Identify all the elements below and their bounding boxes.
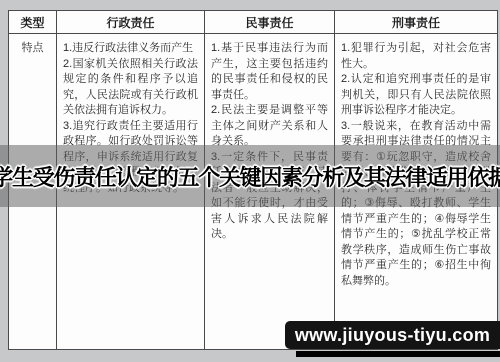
watermark-underline-bar [296, 351, 500, 357]
admin-item-1: 1.违反行政法律义务而产生 [63, 41, 198, 57]
header-cell-administrative-liability: 行政责任 [57, 11, 205, 34]
criminal-item-2: 2.认定和追究刑事责任的是审判机关，即只有人民法院依照刑事诉讼程序才能决定。 [341, 72, 491, 119]
criminal-item-1: 1.犯罪行为引起，对社会危害性大。 [341, 41, 491, 72]
watermark-box: www.jiuyous-tiyu.com [285, 321, 500, 349]
admin-item-2: 2.国家机关依照相关行政法规定的条件和程序予以追究，人民法院或有关行政机关依法拥… [63, 57, 198, 119]
civil-item-1: 1.基于民事违法行为而产生，这主要包括违约的民事责任和侵权的民事责任。 [211, 41, 328, 103]
watermark-url: www.jiuyous-tiyu.com [295, 325, 490, 346]
header-cell-criminal-liability: 刑事责任 [335, 11, 498, 34]
headline-text: 学生受伤责任认定的五个关键因素分析及其法律适用依据 [0, 161, 500, 192]
header-cell-civil-liability: 民事责任 [205, 11, 335, 34]
headline-overlay-band: 学生受伤责任认定的五个关键因素分析及其法律适用依据 [0, 145, 500, 207]
header-cell-type: 类型 [9, 11, 57, 34]
civil-item-2: 2.民法主要是调整平等主体之间财产关系和人身关系。 [211, 103, 328, 150]
table-header-row: 类型 行政责任 民事责任 刑事责任 [9, 11, 498, 34]
